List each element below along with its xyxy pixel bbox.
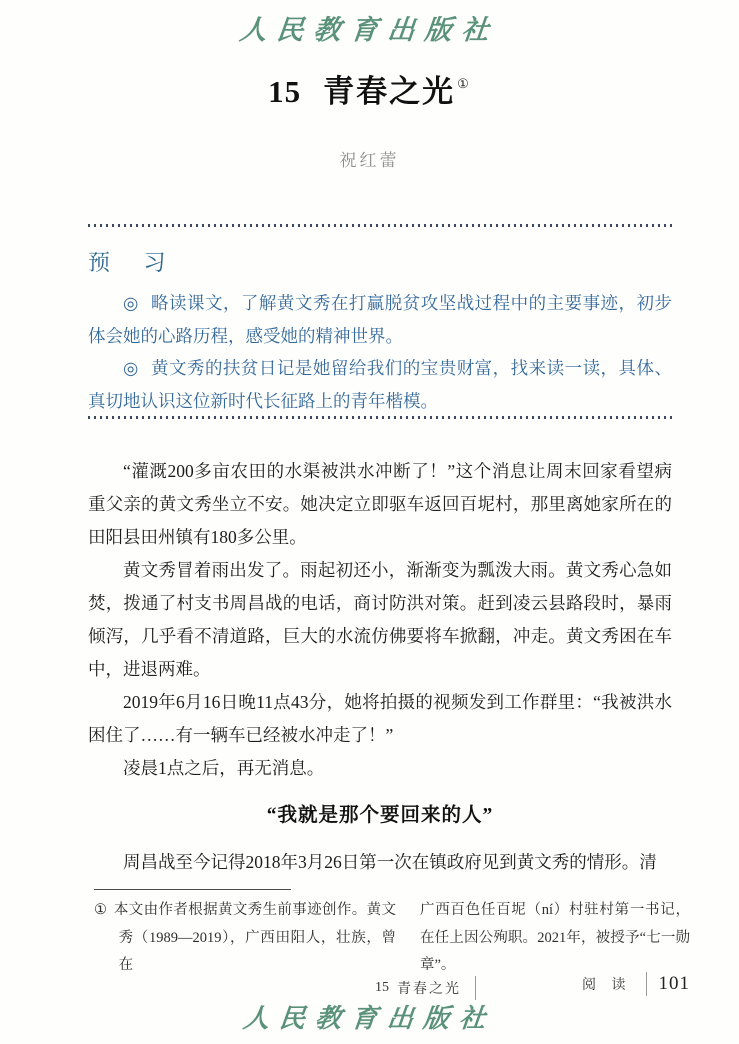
paragraph: 凌晨1点之后，再无消息。 — [88, 752, 672, 785]
page-number: 101 — [659, 973, 691, 995]
footer-lesson-title: 青春之光 — [397, 978, 461, 998]
footnote-text-left: 本文由作者根据黄文秀生前事迹创作。黄文秀（1989—2019），广西田阳人，壮族… — [114, 902, 396, 973]
preview-item: ◎略读课文，了解黄文秀在打赢脱贫攻坚战过程中的主要事迹，初步体会她的心路历程，感… — [88, 287, 672, 352]
footnote-ref-icon: ① — [457, 76, 471, 91]
preview-item-text: 略读课文，了解黄文秀在打赢脱贫攻坚战过程中的主要事迹，初步体会她的心路历程，感受… — [88, 293, 672, 346]
footer-page-info: 阅 读 101 — [582, 972, 690, 996]
footer-divider — [475, 976, 476, 1000]
preview-item: ◎黄文秀的扶贫日记是她留给我们的宝贵财富，找来读一读，具体、真切地认识这位新时代… — [88, 352, 672, 417]
publisher-logo-top: 人民教育出版社 — [0, 8, 739, 47]
paragraph: 周昌战至今记得2018年3月26日第一次在镇政府见到黄文秀的情形。清 — [88, 846, 672, 879]
double-circle-bullet-icon: ◎ — [123, 293, 139, 313]
double-circle-bullet-icon: ◎ — [123, 358, 139, 378]
footnote-right-column: 广西百色任百坭（ní）村驻村第一书记，在任上因公殉职。2021年，被授予“七一勋… — [420, 897, 690, 980]
dotted-divider-top — [88, 224, 672, 227]
publisher-logo-bottom: 人民教育出版社 — [0, 998, 739, 1035]
section-heading: “我就是那个要回来的人” — [88, 799, 672, 832]
footer-lesson-number: 15 — [375, 980, 389, 996]
preview-heading: 预 习 — [88, 246, 180, 277]
lesson-body: “灌溉200多亩农田的水渠被洪水冲断了！”这个消息让周末回家看望病重父亲的黄文秀… — [88, 455, 672, 879]
preview-item-text: 黄文秀的扶贫日记是她留给我们的宝贵财富，找来读一读，具体、真切地认识这位新时代长… — [88, 358, 672, 411]
footer-divider — [646, 972, 647, 996]
lesson-title: 15青春之光① — [0, 66, 739, 111]
paragraph: 黄文秀冒着雨出发了。雨起初还小，渐渐变为瓢泼大雨。黄文秀心急如焚，拨通了村支书周… — [88, 554, 672, 686]
footer-lesson-label: 15 青春之光 — [375, 976, 488, 1000]
footer-section-label: 阅 读 — [582, 974, 632, 994]
textbook-page: 人民教育出版社 15青春之光① 祝红蕾 预 习 ◎略读课文，了解黄文秀在打赢脱贫… — [0, 0, 739, 1044]
lesson-title-text: 青春之光 — [323, 74, 455, 109]
footnote-separator — [94, 889, 291, 890]
dotted-divider-bottom — [88, 416, 672, 419]
lesson-number: 15 — [268, 74, 301, 109]
paragraph: “灌溉200多亩农田的水渠被洪水冲断了！”这个消息让周末回家看望病重父亲的黄文秀… — [88, 455, 672, 554]
footnote-left-column: ①本文由作者根据黄文秀生前事迹创作。黄文秀（1989—2019），广西田阳人，壮… — [94, 897, 396, 980]
paragraph: 2019年6月16日晚11点43分，她将拍摄的视频发到工作群里：“我被洪水困住了… — [88, 686, 672, 752]
author-name: 祝红蕾 — [0, 146, 739, 171]
footnote-marker: ① — [94, 902, 107, 918]
preview-section: ◎略读课文，了解黄文秀在打赢脱贫攻坚战过程中的主要事迹，初步体会她的心路历程，感… — [88, 287, 672, 417]
